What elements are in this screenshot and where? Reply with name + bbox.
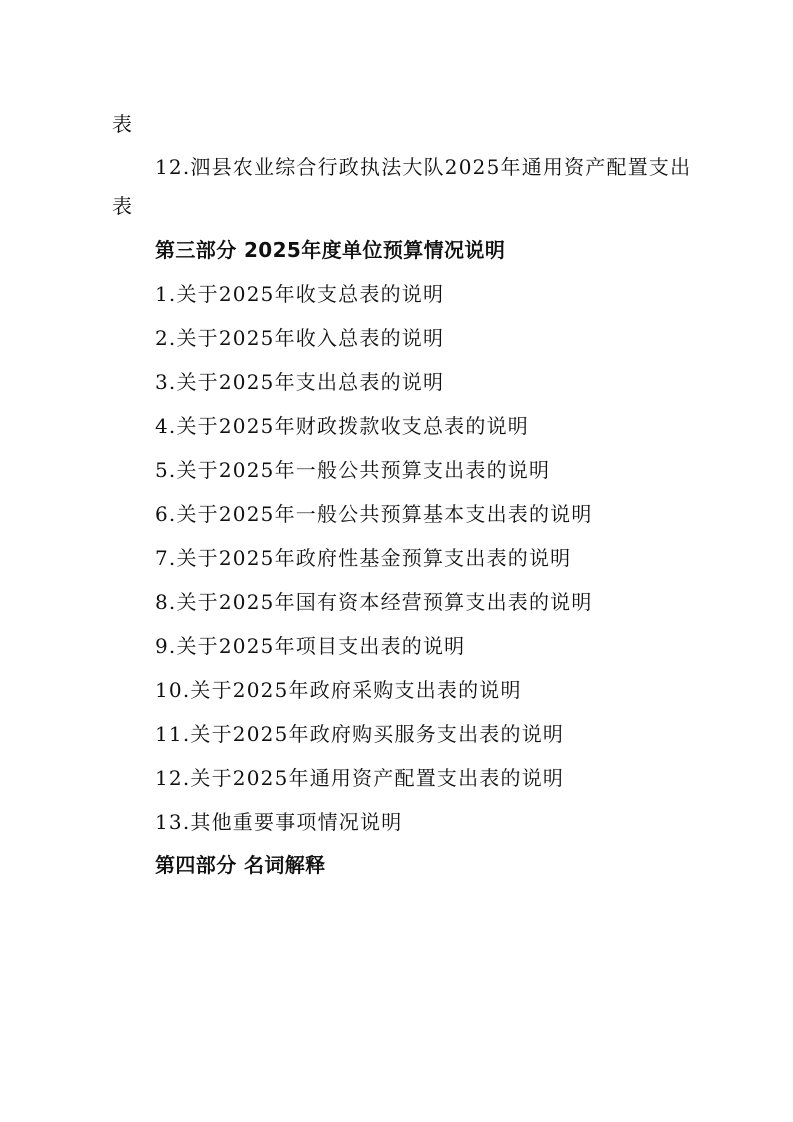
toc-item: 9.关于2025年项目支出表的说明 bbox=[155, 634, 465, 658]
section-heading-part3: 第三部分 2025年度单位预算情况说明 bbox=[155, 238, 505, 262]
toc-item: 2.关于2025年收入总表的说明 bbox=[155, 326, 444, 350]
toc-item: 3.关于2025年支出总表的说明 bbox=[155, 370, 444, 394]
toc-item: 12.关于2025年通用资产配置支出表的说明 bbox=[155, 766, 564, 790]
toc-item: 6.关于2025年一般公共预算基本支出表的说明 bbox=[155, 502, 593, 526]
toc-item: 8.关于2025年国有资本经营预算支出表的说明 bbox=[155, 590, 593, 614]
toc-item-part2-12: 12.泗县农业综合行政执法大队2025年通用资产配置支出 bbox=[155, 155, 691, 179]
toc-item: 5.关于2025年一般公共预算支出表的说明 bbox=[155, 458, 550, 482]
toc-item-continuation: 表 bbox=[112, 112, 133, 136]
toc-item: 7.关于2025年政府性基金预算支出表的说明 bbox=[155, 546, 571, 570]
section-heading-part4: 第四部分 名词解释 bbox=[155, 853, 326, 877]
toc-item: 1.关于2025年收支总表的说明 bbox=[155, 282, 444, 306]
toc-item: 11.关于2025年政府购买服务支出表的说明 bbox=[155, 722, 564, 746]
toc-item: 10.关于2025年政府采购支出表的说明 bbox=[155, 678, 522, 702]
document-page: 表 12.泗县农业综合行政执法大队2025年通用资产配置支出 表 第三部分 20… bbox=[0, 0, 793, 1122]
toc-item: 13.其他重要事项情况说明 bbox=[155, 810, 402, 834]
toc-item-part2-12-tail: 表 bbox=[112, 194, 133, 218]
toc-item: 4.关于2025年财政拨款收支总表的说明 bbox=[155, 414, 529, 438]
